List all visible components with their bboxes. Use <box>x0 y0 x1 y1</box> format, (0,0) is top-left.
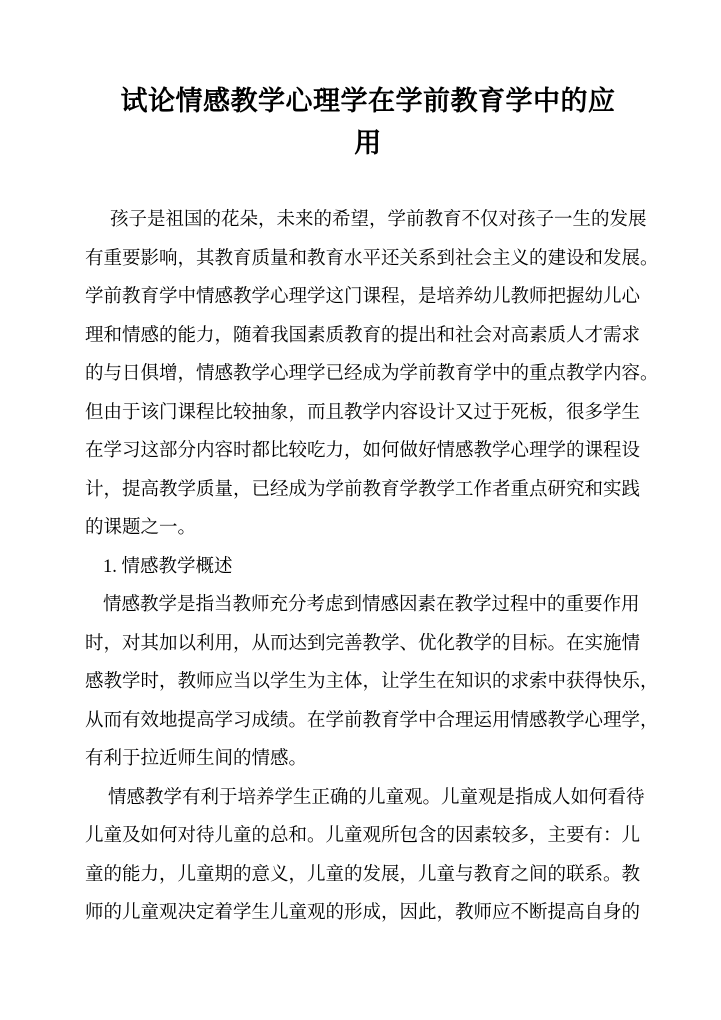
paragraph-line: 学前教育学中情感教学心理学这门课程，是培养幼儿教师把握幼儿心 <box>85 278 651 317</box>
paragraph-line: 有利于拉近师生间的情感。 <box>85 740 651 779</box>
paragraph-line: 但由于该门课程比较抽象，而且教学内容设计又过于死板，很多学生 <box>85 394 651 433</box>
paragraph-line: 时，对其加以利用，从而达到完善教学、优化教学的目标。在实施情 <box>85 625 651 664</box>
paragraph-line: 情感教学是指当教师充分考虑到情感因素在教学过程中的重要作用 <box>85 586 651 625</box>
paragraph-line: 孩子是祖国的花朵，未来的希望，学前教育不仅对孩子一生的发展 <box>85 201 651 240</box>
paragraph-line: 感教学时，教师应当以学生为主体，让学生在知识的求索中获得快乐， <box>85 663 651 702</box>
heading-line: 1. 情感教学概述 <box>85 548 651 587</box>
paragraph-line: 师的儿童观决定着学生儿童观的形成，因此，教师应不断提高自身的 <box>85 894 651 933</box>
paragraph-line: 情感教学有利于培养学生正确的儿童观。儿童观是指成人如何看待 <box>85 779 651 818</box>
document-title: 试论情感教学心理学在学前教育学中的应用 <box>85 80 651 164</box>
paragraph-line: 计，提高教学质量，已经成为学前教育学教学工作者重点研究和实践 <box>85 471 651 510</box>
paragraph: 情感教学是指当教师充分考虑到情感因素在教学过程中的重要作用时，对其加以利用，从而… <box>85 586 651 779</box>
document-page: 试论情感教学心理学在学前教育学中的应用 孩子是祖国的花朵，未来的希望，学前教育不… <box>0 0 721 1020</box>
paragraph-line: 童的能力，儿童期的意义，儿童的发展，儿童与教育之间的联系。教 <box>85 856 651 895</box>
paragraph-line: 从而有效地提高学习成绩。在学前教育学中合理运用情感教学心理学， <box>85 702 651 741</box>
paragraph: 情感教学有利于培养学生正确的儿童观。儿童观是指成人如何看待儿童及如何对待儿童的总… <box>85 779 651 933</box>
paragraph-line: 有重要影响，其教育质量和教育水平还关系到社会主义的建设和发展。 <box>85 240 651 279</box>
section-heading: 1. 情感教学概述 <box>85 548 651 587</box>
paragraph-line: 儿童及如何对待儿童的总和。儿童观所包含的因素较多，主要有：儿 <box>85 817 651 856</box>
paragraph-line: 理和情感的能力，随着我国素质教育的提出和社会对高素质人才需求 <box>85 317 651 356</box>
paragraph-line: 的与日俱增，情感教学心理学已经成为学前教育学中的重点教学内容。 <box>85 355 651 394</box>
title-line: 用 <box>85 122 651 164</box>
paragraph: 孩子是祖国的花朵，未来的希望，学前教育不仅对孩子一生的发展有重要影响，其教育质量… <box>85 201 651 548</box>
paragraph-line: 的课题之一。 <box>85 509 651 548</box>
paragraph-line: 在学习这部分内容时都比较吃力，如何做好情感教学心理学的课程设 <box>85 432 651 471</box>
document-body: 孩子是祖国的花朵，未来的希望，学前教育不仅对孩子一生的发展有重要影响，其教育质量… <box>85 201 651 933</box>
title-line: 试论情感教学心理学在学前教育学中的应 <box>85 80 651 122</box>
